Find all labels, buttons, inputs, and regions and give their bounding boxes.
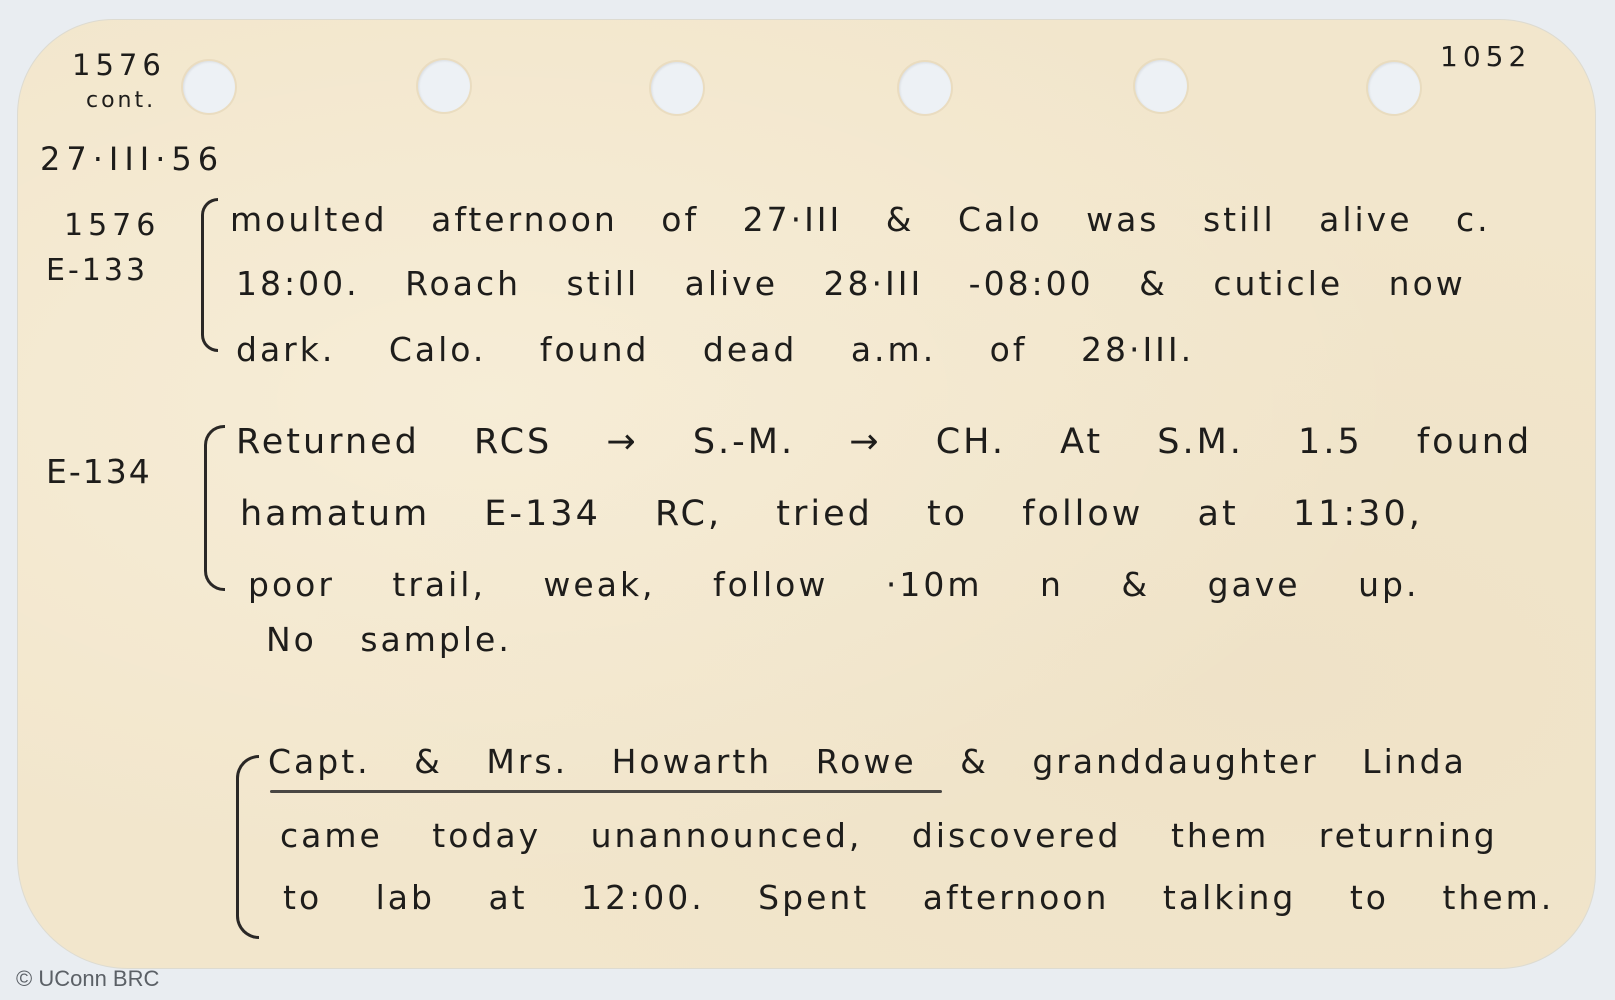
punch-hole xyxy=(1135,60,1187,112)
bracket xyxy=(204,425,225,591)
note-line: came today unannounced, discovered them … xyxy=(280,816,1498,855)
entry-date: 27·III·56 xyxy=(40,140,224,178)
note-line: Capt. & Mrs. Howarth Rowe & granddaughte… xyxy=(268,742,1467,781)
note-line: No sample. xyxy=(266,620,512,659)
page-number: 1052 xyxy=(1440,40,1531,73)
bracket xyxy=(201,198,218,352)
copyright-watermark: © UConn BRC xyxy=(16,966,159,992)
entry-continued-note: cont. xyxy=(86,88,156,113)
punch-hole xyxy=(418,60,470,112)
entry-number: 1576 xyxy=(72,48,166,82)
punch-hole xyxy=(899,62,951,114)
punch-hole xyxy=(1368,62,1420,114)
note-line: dark. Calo. found dead a.m. of 28·III. xyxy=(236,330,1194,369)
note-line: moulted afternoon of 27·III & Calo was s… xyxy=(230,200,1491,239)
note-line: Returned RCS → S.-M. → CH. At S.M. 1.5 f… xyxy=(236,422,1532,462)
field-note-card: 1576 cont. 1052 27·III·56 1576 E-133 mou… xyxy=(18,20,1595,968)
note-line: 18:00. Roach still alive 28·III -08:00 &… xyxy=(236,264,1466,303)
bracket xyxy=(236,755,259,939)
name-underline xyxy=(270,790,942,793)
entry-label: E-133 xyxy=(46,253,148,288)
note-line: hamatum E-134 RC, tried to follow at 11:… xyxy=(240,494,1423,534)
note-line: to lab at 12:00. Spent afternoon talking… xyxy=(283,878,1554,917)
punch-hole xyxy=(183,61,235,113)
note-line: poor trail, weak, follow ·10m n & gave u… xyxy=(248,565,1419,604)
entry-label: 1576 xyxy=(64,208,160,243)
punch-hole xyxy=(651,62,703,114)
entry-label: E-134 xyxy=(46,452,152,491)
